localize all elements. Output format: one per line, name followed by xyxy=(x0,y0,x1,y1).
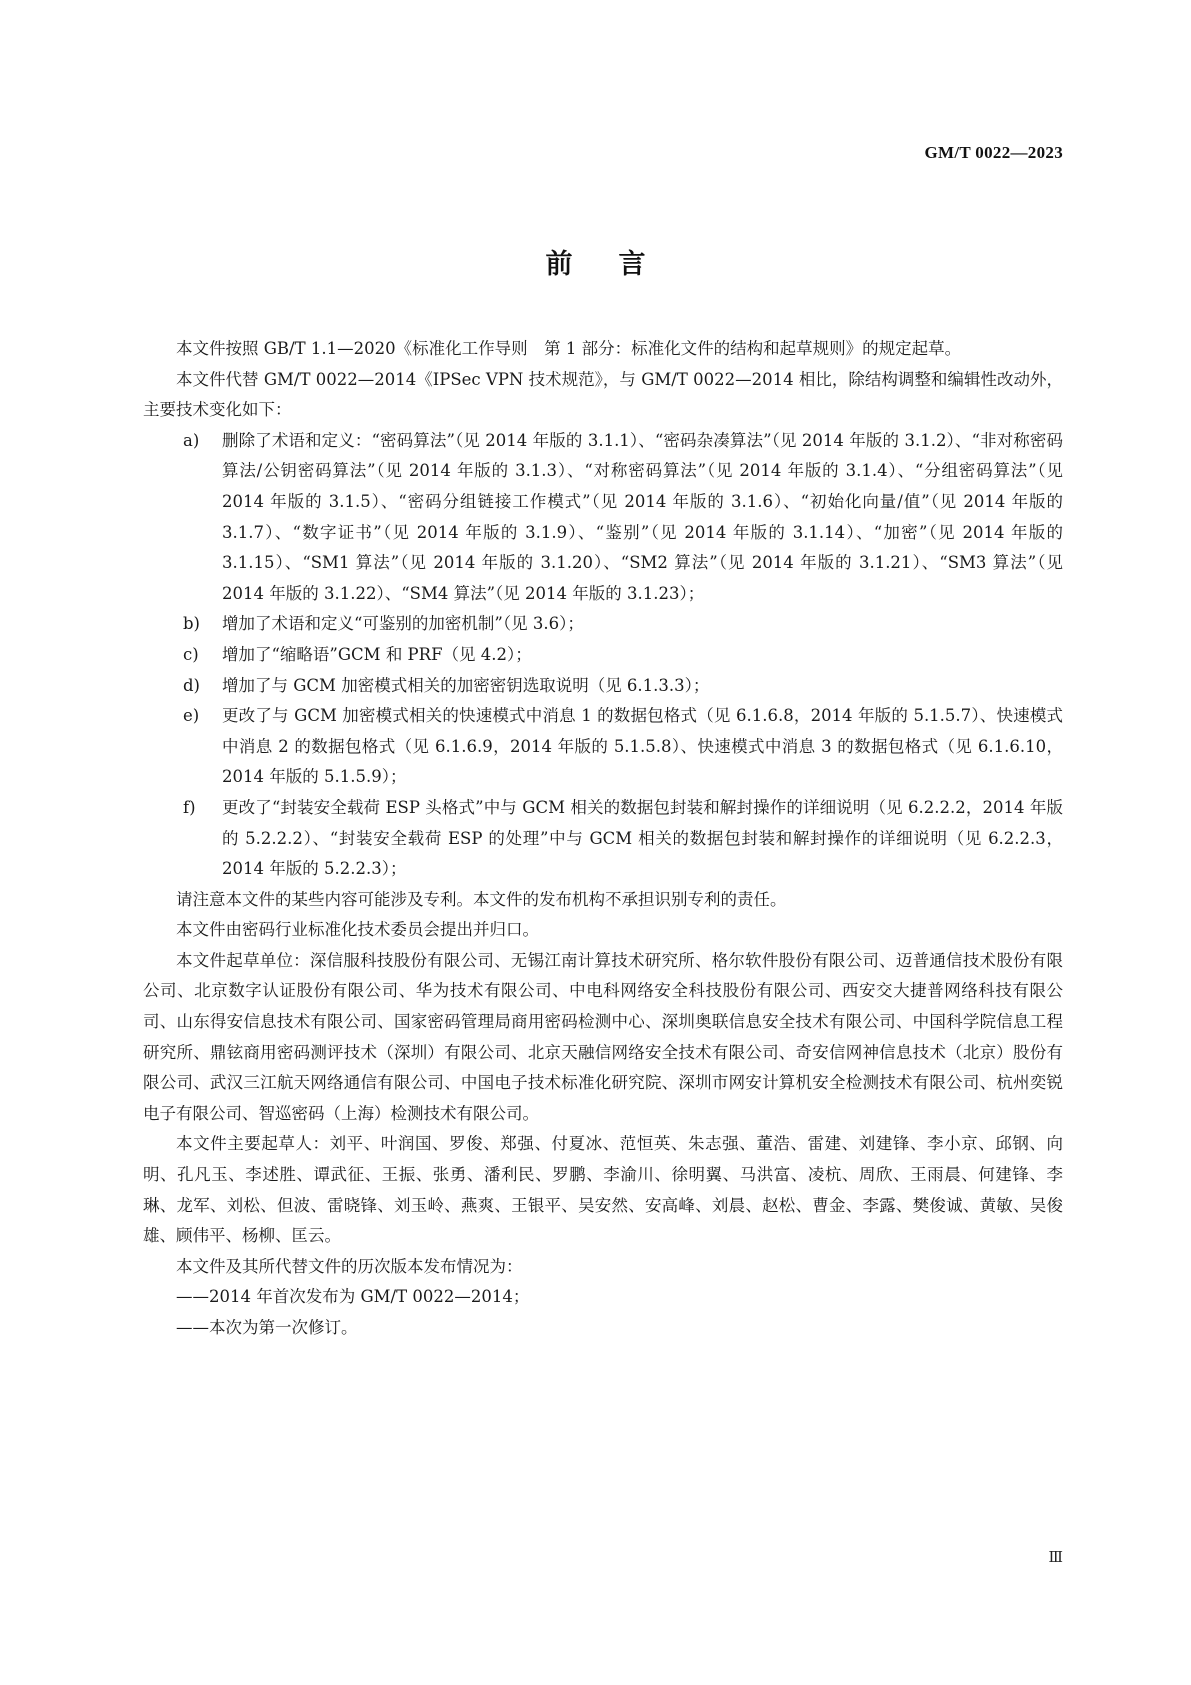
list-item: e) 更改了与 GCM 加密模式相关的快速模式中消息 1 的数据包格式（见 6.… xyxy=(143,701,1063,793)
paragraph-version-history-intro: 本文件及其所代替文件的历次版本发布情况为： xyxy=(143,1252,1063,1283)
list-item-label: c) xyxy=(183,640,199,671)
list-item-label: d) xyxy=(183,671,200,702)
list-item-label: a) xyxy=(183,426,199,457)
document-page: GM/T 0022—2023 前言 本文件按照 GB/T 1.1—2020《标准… xyxy=(0,0,1191,1685)
list-item-text: 增加了与 GCM 加密模式相关的加密密钥选取说明（见 6.1.3.3）； xyxy=(222,676,709,695)
list-item-text: 增加了术语和定义“可鉴别的加密机制”（见 3.6）； xyxy=(222,614,584,633)
list-item-text: 增加了“缩略语”GCM 和 PRF（见 4.2）； xyxy=(222,645,532,664)
list-item-label: f) xyxy=(183,793,196,824)
paragraph-drafting-organizations: 本文件起草单位：深信服科技股份有限公司、无锡江南计算技术研究所、格尔软件股份有限… xyxy=(143,946,1063,1130)
paragraph-drafting-rules: 本文件按照 GB/T 1.1—2020《标准化工作导则 第 1 部分：标准化文件… xyxy=(143,334,1063,365)
list-item-text: 删除了术语和定义：“密码算法”（见 2014 年版的 3.1.1）、“密码杂凑算… xyxy=(222,431,1063,603)
paragraph-replaces: 本文件代替 GM/T 0022—2014《IPSec VPN 技术规范》，与 G… xyxy=(143,365,1063,426)
page-title: 前言 xyxy=(0,242,1191,281)
paragraph-patent-notice: 请注意本文件的某些内容可能涉及专利。本文件的发布机构不承担识别专利的责任。 xyxy=(143,885,1063,916)
list-item-label: e) xyxy=(183,701,199,732)
list-item: d) 增加了与 GCM 加密模式相关的加密密钥选取说明（见 6.1.3.3）； xyxy=(143,671,1063,702)
list-item-label: b) xyxy=(183,609,200,640)
list-item: f) 更改了“封装安全载荷 ESP 头格式”中与 GCM 相关的数据包封装和解封… xyxy=(143,793,1063,885)
page-number: Ⅲ xyxy=(1049,1548,1063,1567)
list-item: c) 增加了“缩略语”GCM 和 PRF（见 4.2）； xyxy=(143,640,1063,671)
technical-changes-list: a) 删除了术语和定义：“密码算法”（见 2014 年版的 3.1.1）、“密码… xyxy=(143,426,1063,885)
history-item: ——2014 年首次发布为 GM/T 0022—2014； xyxy=(143,1282,1063,1313)
foreword-body: 本文件按照 GB/T 1.1—2020《标准化工作导则 第 1 部分：标准化文件… xyxy=(143,334,1063,1344)
list-item-text: 更改了“封装安全载荷 ESP 头格式”中与 GCM 相关的数据包封装和解封操作的… xyxy=(222,798,1063,878)
list-item-text: 更改了与 GCM 加密模式相关的快速模式中消息 1 的数据包格式（见 6.1.6… xyxy=(222,706,1063,786)
list-item: b) 增加了术语和定义“可鉴别的加密机制”（见 3.6）； xyxy=(143,609,1063,640)
paragraph-proposer: 本文件由密码行业标准化技术委员会提出并归口。 xyxy=(143,915,1063,946)
paragraph-drafters: 本文件主要起草人：刘平、叶润国、罗俊、郑强、付夏冰、范恒英、朱志强、董浩、雷建、… xyxy=(143,1129,1063,1251)
history-item: ——本次为第一次修订。 xyxy=(143,1313,1063,1344)
list-item: a) 删除了术语和定义：“密码算法”（见 2014 年版的 3.1.1）、“密码… xyxy=(143,426,1063,610)
standard-code-header: GM/T 0022—2023 xyxy=(925,143,1063,163)
